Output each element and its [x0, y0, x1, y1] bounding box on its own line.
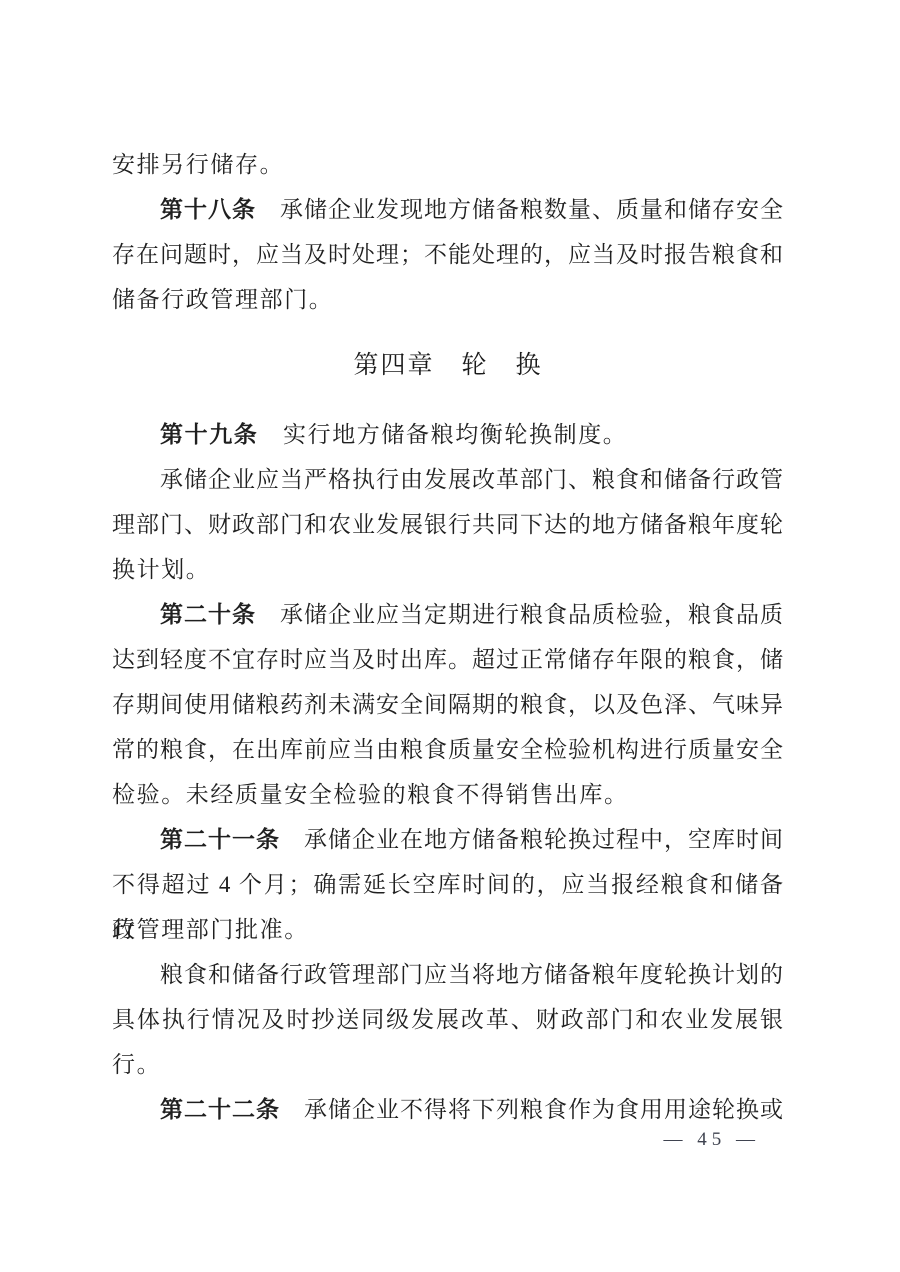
- chapter-heading: 第四章 轮 换: [112, 343, 784, 388]
- text-line: 第二十一条 承储企业在地方储备粮轮换过程中，空库时间: [112, 817, 784, 862]
- document-page: 安排另行储存。第十八条 承储企业发现地方储备粮数量、质量和储存安全存在问题时，应…: [0, 0, 900, 1272]
- text-line: 政管理部门批准。: [112, 907, 784, 952]
- text-run: 承储企业在地方储备粮轮换过程中，空库时间: [280, 827, 784, 852]
- text-run: 储备行政管理部门。: [112, 287, 333, 312]
- text-run: 行。: [112, 1052, 161, 1077]
- text-run: 政管理部门批准。: [112, 917, 309, 942]
- article-number: 第二十条: [160, 602, 256, 627]
- text-run: 理部门、财政部门和农业发展银行共同下达的地方储备粮年度轮: [112, 512, 784, 537]
- text-line: 达到轻度不宜存时应当及时出库。超过正常储存年限的粮食，储: [112, 637, 784, 682]
- text-line: 具体执行情况及时抄送同级发展改革、财政部门和农业发展银: [112, 997, 784, 1042]
- text-run: 承储企业发现地方储备粮数量、质量和储存安全: [256, 197, 784, 222]
- text-line: 第十八条 承储企业发现地方储备粮数量、质量和储存安全: [112, 187, 784, 232]
- text-line: 不得超过 4 个月；确需延长空库时间的，应当报经粮食和储备行: [112, 862, 784, 907]
- article-number: 第十九条: [160, 422, 258, 447]
- text-run: 承储企业应当定期进行粮食品质检验，粮食品质: [256, 602, 784, 627]
- text-run: 承储企业不得将下列粮食作为食用用途轮换或: [280, 1097, 784, 1122]
- article-number: 第二十二条: [160, 1097, 280, 1122]
- text-line: 承储企业应当严格执行由发展改革部门、粮食和储备行政管: [112, 457, 784, 502]
- text-line: 粮食和储备行政管理部门应当将地方储备粮年度轮换计划的: [112, 952, 784, 997]
- text-run: 换计划。: [112, 557, 210, 582]
- text-line: 第二十二条 承储企业不得将下列粮食作为食用用途轮换或: [112, 1087, 784, 1132]
- text-line: 第二十条 承储企业应当定期进行粮食品质检验，粮食品质: [112, 592, 784, 637]
- text-block: 安排另行储存。第十八条 承储企业发现地方储备粮数量、质量和储存安全存在问题时，应…: [112, 142, 784, 1132]
- article-number: 第十八条: [160, 197, 256, 222]
- text-line: 检验。未经质量安全检验的粮食不得销售出库。: [112, 772, 784, 817]
- text-run: 常的粮食，在出库前应当由粮食质量安全检验机构进行质量安全: [112, 737, 784, 762]
- text-run: 达到轻度不宜存时应当及时出库。超过正常储存年限的粮食，储: [112, 647, 784, 672]
- text-run: 检验。未经质量安全检验的粮食不得销售出库。: [112, 782, 629, 807]
- text-run: 具体执行情况及时抄送同级发展改革、财政部门和农业发展银: [112, 1007, 784, 1032]
- text-line: 储备行政管理部门。: [112, 277, 784, 322]
- text-run: 实行地方储备粮均衡轮换制度。: [258, 422, 627, 447]
- text-run: 存在问题时，应当及时处理；不能处理的，应当及时报告粮食和: [112, 242, 784, 267]
- text-line: 换计划。: [112, 547, 784, 592]
- text-run: 承储企业应当严格执行由发展改革部门、粮食和储备行政管: [160, 467, 784, 492]
- text-run: 安排另行储存。: [112, 152, 284, 177]
- text-line: 行。: [112, 1042, 784, 1087]
- text-line: 存期间使用储粮药剂未满安全间隔期的粮食，以及色泽、气味异: [112, 682, 784, 727]
- text-line: 第十九条 实行地方储备粮均衡轮换制度。: [112, 412, 784, 457]
- article-number: 第二十一条: [160, 827, 280, 852]
- text-line: 存在问题时，应当及时处理；不能处理的，应当及时报告粮食和: [112, 232, 784, 277]
- text-run: 存期间使用储粮药剂未满安全间隔期的粮食，以及色泽、气味异: [112, 692, 784, 717]
- page-number: — 45 —: [664, 1127, 761, 1153]
- text-run: 粮食和储备行政管理部门应当将地方储备粮年度轮换计划的: [160, 962, 784, 987]
- text-line: 理部门、财政部门和农业发展银行共同下达的地方储备粮年度轮: [112, 502, 784, 547]
- text-line: 常的粮食，在出库前应当由粮食质量安全检验机构进行质量安全: [112, 727, 784, 772]
- text-line: 安排另行储存。: [112, 142, 784, 187]
